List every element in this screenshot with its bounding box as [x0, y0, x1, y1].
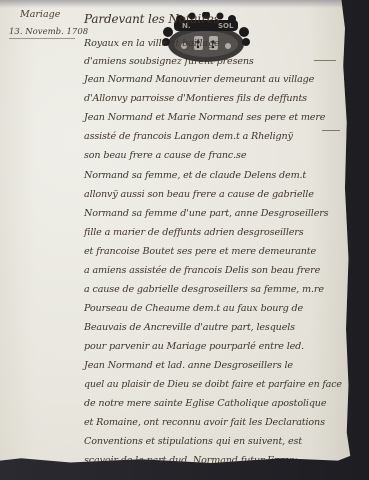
margin-date: 13. Novemb. 1708	[9, 28, 88, 37]
text-line: Normand sa femme, et de claude Delens de…	[84, 170, 306, 181]
svg-text:SOL: SOL	[218, 22, 234, 30]
text-line: Pourseau de Cheaume dem.t au faux bourg …	[84, 303, 303, 314]
text-line: Royaux en la ville et baillage	[84, 38, 220, 49]
text-line: Normand sa femme d'une part, anne Desgro…	[84, 208, 328, 219]
margin-title: Mariage	[20, 10, 60, 20]
margin-underline	[9, 38, 75, 39]
text-line: allonvÿ aussi son beau frere a cause de …	[84, 189, 314, 200]
text-line: fille a marier de deffunts adrien desgro…	[84, 227, 303, 238]
text-line: Jean Normand et Marie Normand ses pere e…	[84, 112, 325, 123]
manuscript-page: Mariage 13. Novemb. 1708 N. SOL	[0, 0, 352, 470]
text-line: a cause de gabrielle desgroseillers sa f…	[84, 284, 324, 295]
line-filler-dash	[322, 130, 340, 131]
text-line: quel au plaisir de Dieu se doibt faire e…	[84, 379, 342, 390]
text-line: Jean Normand et lad. anne Desgroseillers…	[84, 360, 293, 371]
text-line: Jean Normand Manouvrier demeurant au vil…	[84, 74, 314, 85]
text-line: de notre mere sainte Eglise Catholique a…	[84, 398, 326, 409]
text-line: assisté de francois Langon dem.t a Rheli…	[84, 131, 293, 142]
text-line: Conventions et stipulations qui en suive…	[84, 436, 302, 447]
text-line: son beau frere a cause de franc.se	[84, 150, 246, 161]
text-line: et francoise Boutet ses pere et mere dem…	[84, 246, 316, 257]
text-line: et Romaine, ont reconnu avoir fait les D…	[84, 417, 325, 428]
text-line: d'Allonvy parroisse d'Montieres fils de …	[84, 93, 307, 104]
line-filler-dash	[314, 60, 336, 61]
text-line: Beauvais de Ancreville d'autre part, les…	[84, 322, 295, 333]
text-line: pour parvenir au Mariage pourparlé entre…	[84, 341, 304, 352]
text-line: Pardevant les Notaires	[84, 12, 220, 26]
text-line: d'amiens soubsignez furent presens	[84, 56, 254, 67]
text-line: a amiens assistée de francois Delis son …	[84, 265, 320, 276]
